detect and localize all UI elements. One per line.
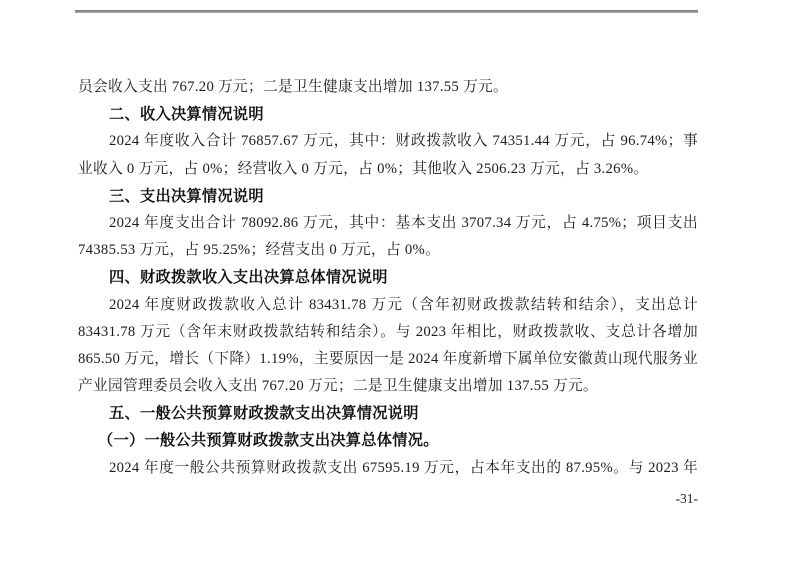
public-budget-paragraph-line-1: 2024 年度一般公共预算财政拨款支出 67595.19 万元，占本年支出的 8… xyxy=(78,455,698,482)
fiscal-paragraph-line-4: 产业园管理委员会收入支出 767.20 万元；二是卫生健康支出增加 137.55… xyxy=(78,373,698,400)
document-body: 员会收入支出 767.20 万元；二是卫生健康支出增加 137.55 万元。 二… xyxy=(78,74,698,482)
expenditure-paragraph-line-2: 74385.53 万元，占 95.25%；经营支出 0 万元，占 0%。 xyxy=(78,237,698,264)
subsection-heading-overall: （一）一般公共预算财政拨款支出决算总体情况。 xyxy=(78,427,698,454)
section-heading-fiscal-appropriation: 四、财政拨款收入支出决算总体情况说明 xyxy=(78,264,698,291)
income-paragraph-line-1: 2024 年度收入合计 76857.67 万元，其中：财政拨款收入 74351.… xyxy=(78,128,698,155)
fiscal-paragraph-line-1: 2024 年度财政拨款收入总计 83431.78 万元（含年初财政拨款结转和结余… xyxy=(78,292,698,319)
document-page: 员会收入支出 767.20 万元；二是卫生健康支出增加 137.55 万元。 二… xyxy=(0,0,800,565)
expenditure-paragraph-line-1: 2024 年度支出合计 78092.86 万元，其中：基本支出 3707.34 … xyxy=(78,210,698,237)
section-heading-expenditure: 三、支出决算情况说明 xyxy=(78,183,698,210)
paragraph-continuation-line: 员会收入支出 767.20 万元；二是卫生健康支出增加 137.55 万元。 xyxy=(78,74,698,101)
fiscal-paragraph-line-3: 865.50 万元，增长（下降）1.19%，主要原因一是 2024 年度新增下属… xyxy=(78,346,698,373)
page-number: -31- xyxy=(598,490,698,508)
fiscal-paragraph-line-2: 83431.78 万元（含年末财政拨款结转和结余）。与 2023 年相比，财政拨… xyxy=(78,319,698,346)
header-rule xyxy=(75,10,698,13)
section-heading-public-budget: 五、一般公共预算财政拨款支出决算情况说明 xyxy=(78,400,698,427)
section-heading-income: 二、收入决算情况说明 xyxy=(78,101,698,128)
income-paragraph-line-2: 业收入 0 万元，占 0%；经营收入 0 万元，占 0%；其他收入 2506.2… xyxy=(78,156,698,183)
